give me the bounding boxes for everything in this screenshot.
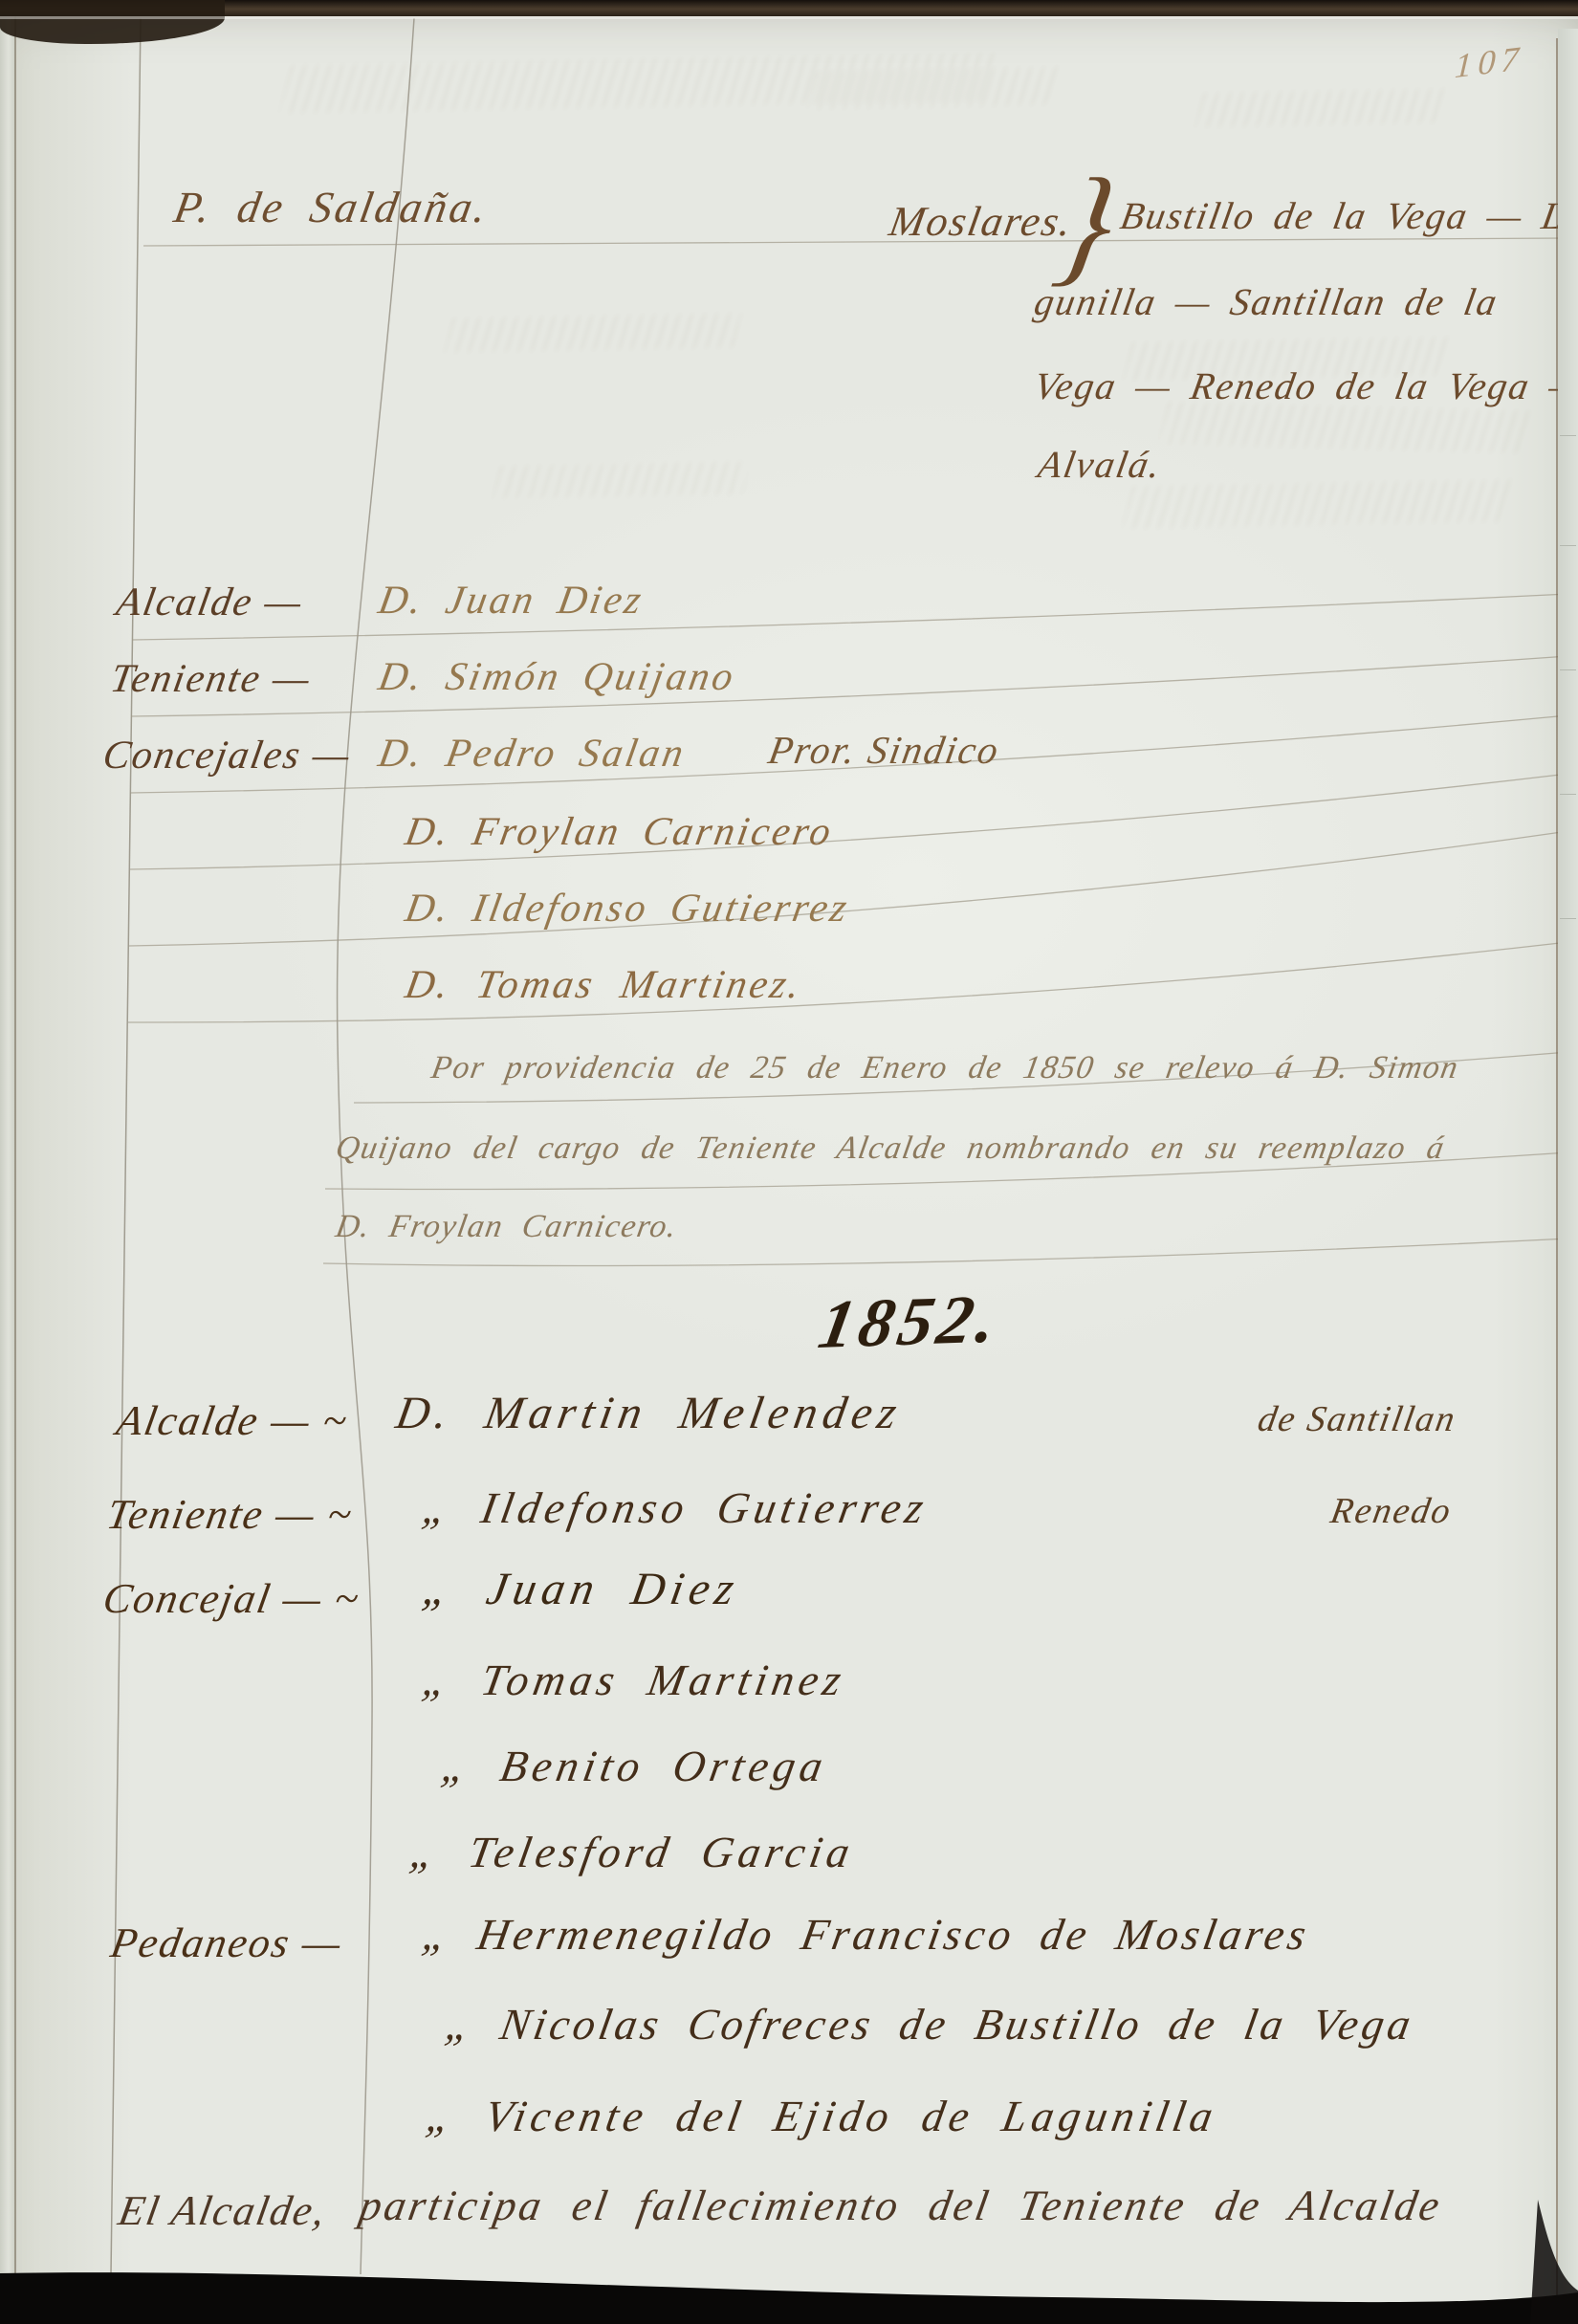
row-label-teniente-1852: Teniente — ~ [103, 1490, 357, 1539]
next-page-edge [1558, 29, 1578, 2305]
row-label-concejal-1852: Concejal — ~ [99, 1574, 364, 1623]
row-value-concejales-1850: D. Pedro Salan [375, 731, 690, 777]
ink-bleedthrough [1195, 89, 1445, 127]
municipality-name: Moslares. [886, 197, 1077, 246]
row-value-telesford-garcia: „ Telesford Garcia [406, 1827, 858, 1877]
ink-bleedthrough [493, 462, 751, 499]
row-value-nicolas-cofreces: „ Nicolas Cofreces de Bustillo de la Veg… [442, 1999, 1418, 2050]
row-value-alcalde-1852: D. Martin Melendez [392, 1387, 907, 1439]
row-label-pedaneos: Pedaneos — [107, 1918, 346, 1967]
row-value-teniente-1852: „ Ildefonso Gutierrez [419, 1482, 932, 1533]
providencia-line-1: Por providencia de 25 de Enero de 1850 s… [428, 1050, 1462, 1086]
row-value-concejal-4: D. Tomas Martinez. [402, 962, 806, 1008]
ink-bleedthrough [444, 313, 741, 352]
manuscript-scan: 107 P. de Saldaña. Moslares. } Bustillo … [0, 0, 1578, 2324]
edge-tick [1560, 669, 1576, 670]
binding-seam [0, 16, 1578, 19]
village-line-1: Bustillo de la Vega — La- [1117, 193, 1578, 238]
row-value-concejal-2: D. Froylan Carnicero [402, 809, 837, 855]
ink-bleedthrough [807, 67, 1058, 109]
village-line-3: Vega — Renedo de la Vega — [1031, 363, 1578, 408]
row-value-tomas-martinez: „ Tomas Martinez [419, 1655, 850, 1705]
edge-tick [1560, 918, 1576, 919]
header-district: P. de Saldaña. [170, 182, 493, 232]
edge-tick [1560, 794, 1576, 795]
row-label-alcalde-1852: Alcalde — ~ [113, 1396, 352, 1445]
row-note-pror-sindico: Pror. Sindico [765, 727, 1003, 773]
row-value-alcalde-1850: D. Juan Diez [375, 578, 647, 624]
row-value-teniente-1850: D. Simón Quijano [375, 654, 739, 700]
footer-label-el-alcalde: El Alcalde, [115, 2186, 331, 2235]
providencia-line-3: D. Froylan Carnicero. [333, 1209, 681, 1245]
row-label-alcalde-1850: Alcalde — [113, 580, 307, 625]
village-line-2: gunilla — Santillan de la [1031, 279, 1502, 324]
row-label-teniente-1850: Teniente — [107, 656, 315, 702]
row-value-hermenegildo: „ Hermenegildo Francisco de Moslares [419, 1909, 1314, 1960]
ink-bleedthrough [1122, 480, 1518, 529]
year-heading: 1852. [813, 1280, 1007, 1365]
row-value-vicente-ejido: „ Vicente del Ejido de Lagunilla [423, 2091, 1221, 2141]
edge-tick [1560, 545, 1576, 546]
village-line-4: Alvalá. [1035, 442, 1166, 487]
row-value-concejal-3: D. Ildefonso Gutierrez [402, 886, 853, 932]
row-value-benito-ortega: „ Benito Ortega [438, 1741, 831, 1791]
edge-tick [1560, 435, 1576, 436]
row-place-santillan: de Santillan [1255, 1398, 1459, 1440]
providencia-line-2: Quijano del cargo de Teniente Alcalde no… [333, 1130, 1448, 1167]
page-stack-edge [0, 13, 16, 2290]
footer-text-fallecimiento: participa el fallecimiento del Teniente … [356, 2181, 1446, 2230]
row-label-concejales-1850: Concejales — [99, 733, 355, 778]
page-right-edge-line [1556, 38, 1558, 2305]
binding-top [0, 0, 1578, 16]
row-value-juan-diez: „ Juan Diez [419, 1563, 744, 1615]
row-place-renedo: Renedo [1327, 1490, 1456, 1532]
